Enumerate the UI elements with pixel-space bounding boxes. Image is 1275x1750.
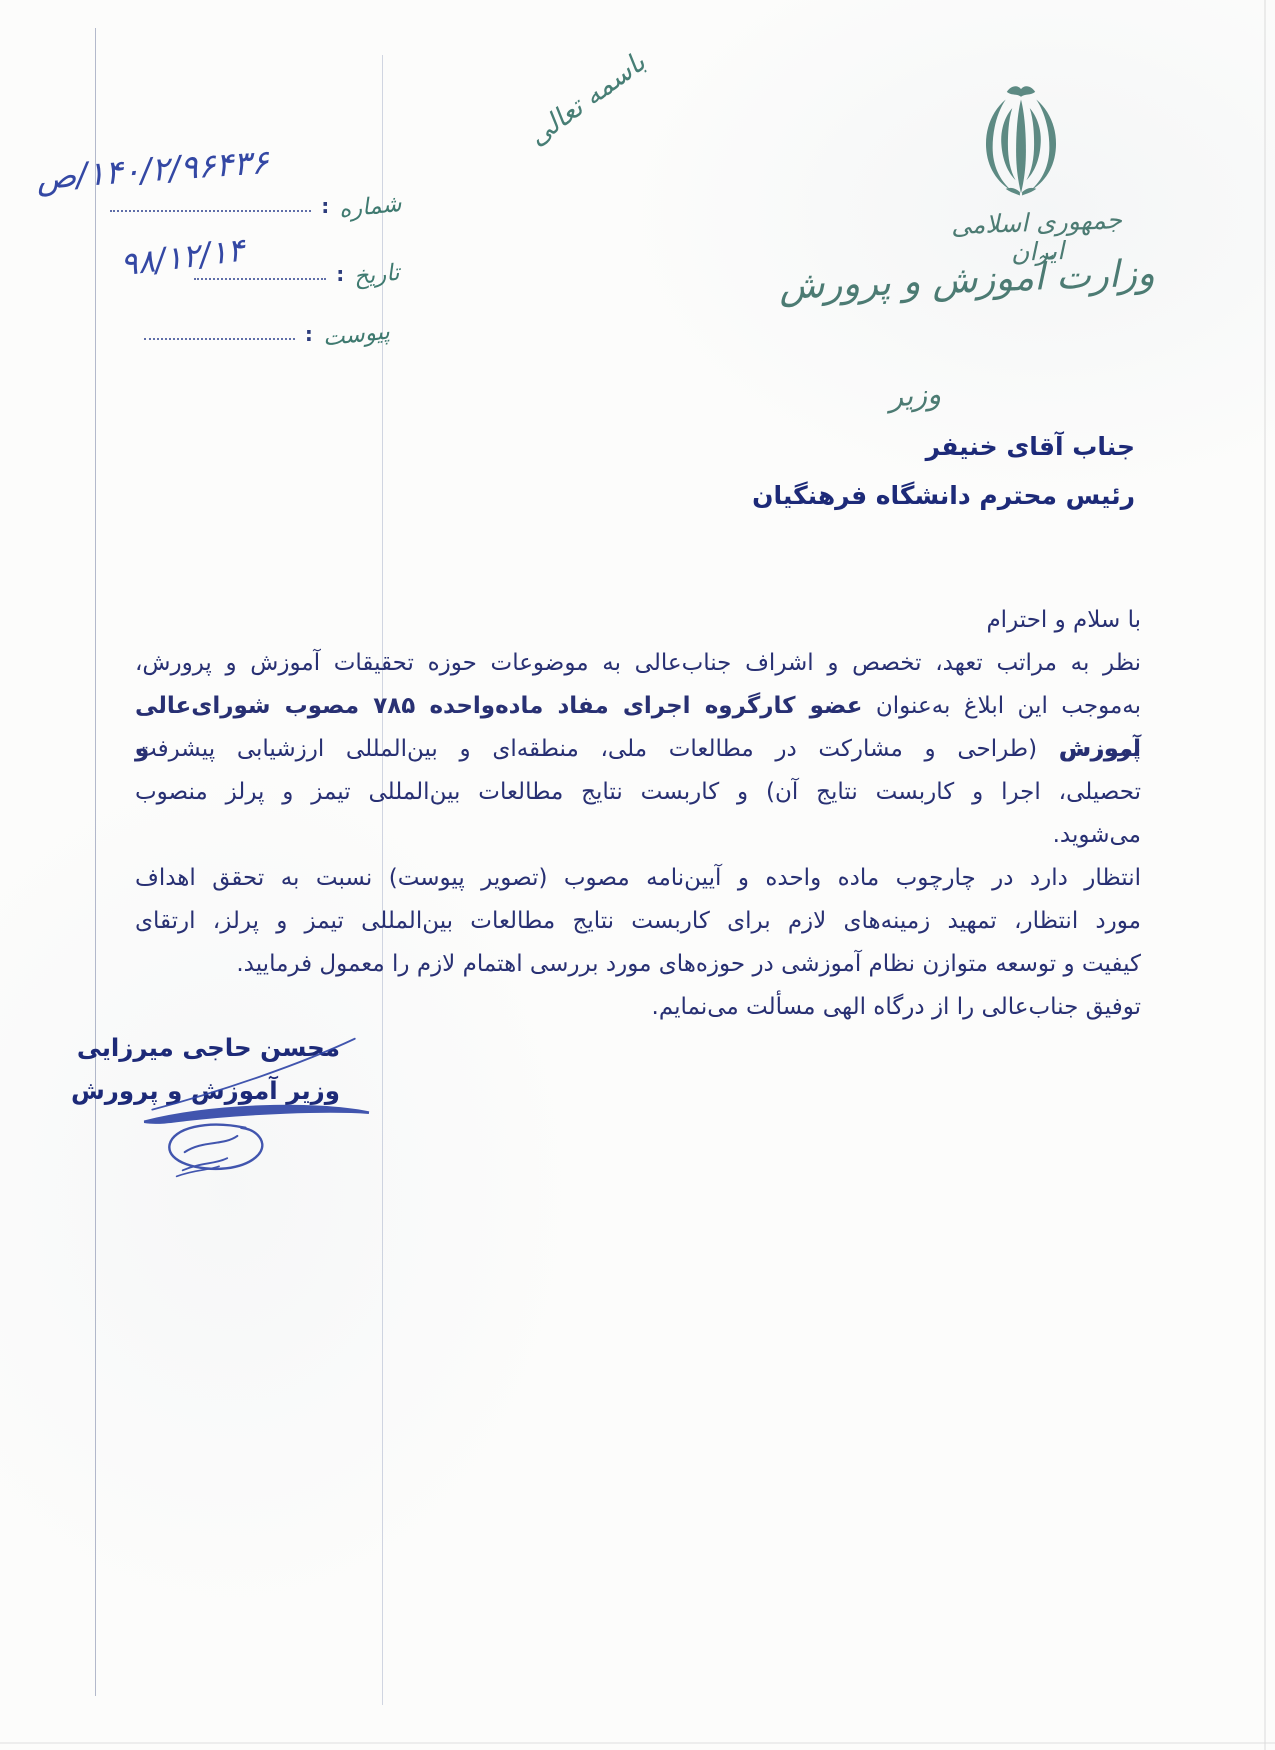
- body-text: مورد انتظار، تمهید زمینه‌های لازم برای ک…: [135, 908, 1141, 934]
- bismillah-calligraphy: باسمه تعالی: [501, 31, 673, 168]
- letterhead-issuer: وزیر: [852, 375, 978, 415]
- handwritten-signature: [126, 1016, 374, 1184]
- body-line: با سلام و احترام: [135, 599, 1141, 642]
- recipient-block: جناب آقای خنیفر رئیس محترم دانشگاه فرهنگ…: [135, 422, 1135, 520]
- body-text: تحصیلی، اجرا و کاربست نتایج آن) و کاربست…: [135, 779, 1141, 805]
- dotted-line: [194, 278, 326, 280]
- scanned-letter-page: باسمه تعالی جمهوری اسلامی ایران وزارت آم…: [0, 0, 1275, 1750]
- body-text: با سلام و احترام: [986, 607, 1141, 633]
- body-text: توفیق جناب‌عالی را از درگاه الهی مسألت م…: [652, 994, 1141, 1020]
- body-text-bold: پرورش: [1059, 736, 1141, 762]
- attachment-label: پیوست: [322, 319, 392, 356]
- scan-edge-bottom: [0, 1742, 1275, 1744]
- body-text: کیفیت و توسعه متوازن نظام آموزشی در حوزه…: [236, 951, 1141, 977]
- letterhead-ministry: وزارت آموزش و پرورش: [765, 251, 1168, 308]
- body-line: انتظار دارد در چارچوب ماده واحده و آیین‌…: [135, 857, 1141, 900]
- body-line: تحصیلی، اجرا و کاربست نتایج آن) و کاربست…: [135, 771, 1141, 814]
- body-line: می‌شوید.: [135, 814, 1141, 857]
- iran-emblem-icon: [965, 82, 1077, 202]
- dotted-line: [110, 210, 311, 212]
- body-text: به‌موجب این ابلاغ به‌عنوان: [862, 693, 1141, 719]
- letter-body: با سلام و احترامنظر به مراتب تعهد، تخصص …: [135, 599, 1141, 1029]
- scan-edge-right: [1264, 0, 1266, 1750]
- body-line: به‌موجب این ابلاغ به‌عنوان عضو کارگروه ا…: [135, 685, 1141, 728]
- recipient-title: رئیس محترم دانشگاه فرهنگیان: [135, 471, 1135, 520]
- number-label: شماره: [338, 191, 404, 227]
- date-label: تاریخ: [353, 260, 402, 295]
- body-text: انتظار دارد در چارچوب ماده واحده و آیین‌…: [135, 865, 1141, 891]
- body-line: کیفیت و توسعه متوازن نظام آموزشی در حوزه…: [135, 943, 1141, 986]
- body-text: نظر به مراتب تعهد، تخصص و اشراف جناب‌عال…: [135, 650, 1141, 676]
- body-text: می‌شوید.: [1053, 822, 1141, 848]
- recipient-name: جناب آقای خنیفر: [135, 422, 1135, 471]
- dotted-line: [144, 338, 295, 340]
- body-line: نظر به مراتب تعهد، تخصص و اشراف جناب‌عال…: [135, 642, 1141, 685]
- body-text: (طراحی و مشارکت در مطالعات ملی، منطقه‌ای…: [135, 736, 1059, 762]
- field-attachment: پیوست :: [144, 308, 390, 352]
- colon: :: [321, 194, 329, 224]
- colon: :: [305, 322, 313, 352]
- colon: :: [336, 262, 344, 292]
- body-line: مورد انتظار، تمهید زمینه‌های لازم برای ک…: [135, 900, 1141, 943]
- fold-line-left: [95, 28, 96, 1696]
- body-line: پرورش (طراحی و مشارکت در مطالعات ملی، من…: [135, 728, 1141, 771]
